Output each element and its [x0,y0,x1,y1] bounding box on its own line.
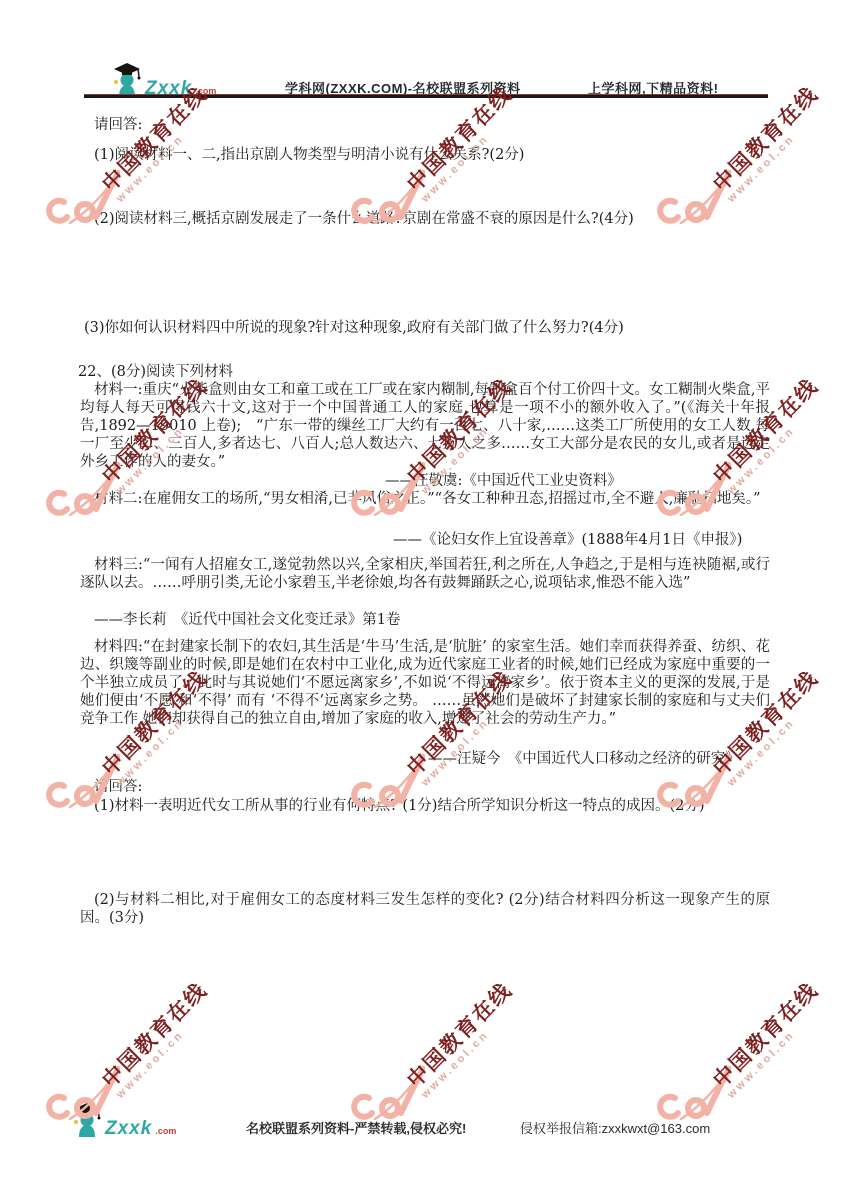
q22-prompt: 请回答: [94,778,142,796]
watermark-text: 中国教育在线 [709,82,823,196]
graduate-mascot-icon [112,60,142,98]
q21-item-3: (3)你如何认识材料四中所说的现象?针对这种现象,政府有关部门做了什么努力?(4… [84,319,624,337]
q21-item-2: (2)阅读材料三,概括京剧发展走了一条什么道路?京剧在常盛不衰的原因是什么?(4… [94,210,634,228]
watermark-text: 中国教育在线 [98,978,212,1092]
header-rule [84,94,768,98]
watermark-unit: 中国教育在线 www.eol.cn [347,10,592,235]
watermark-url: www.eol.cn [419,995,525,1101]
watermark-unit: 中国教育在线 www.eol.cn [653,10,850,235]
q21-prompt: 请回答: [94,116,142,134]
watermark-url: www.eol.cn [114,995,220,1101]
footer-notice: 名校联盟系列资料-严禁转载,侵权必究! [246,1118,466,1137]
eol-swirl-icon [653,166,731,224]
q22-material-3: 材料三:“一闻有人招雇女工,遂觉勃然以兴,全家相庆,举国若狂,利之所在,人争趋之… [80,556,770,592]
footer-report-email: 侵权举报信箱:zxxkwxt@163.com [520,1118,710,1137]
watermark-text: 中国教育在线 [98,82,212,196]
watermark-unit: 中国教育在线 www.eol.cn [653,906,850,1131]
q22-citation-1: ——汪敬虞:《中国近代工业史资料》 [385,472,622,490]
q21-item-1: (1)阅读材料一、二,指出京剧人物类型与明清小说有什么关系?(2分) [94,146,524,164]
q22-item-2: (2)与材料二相比,对于雇佣女工的态度材料三发生怎样的变化? (2分)结合材料四… [80,891,770,927]
brand-suffix: .com [155,1124,176,1138]
q22-material-2: 材料二:在雇佣女工的场所,“男女相淆,已非风俗之正。”“各女工种种丑态,招摇过市… [80,490,770,508]
q22-material-4: 材料四:“在封建家长制下的农妇,其生活是‘牛马’生活,是‘肮脏’ 的家室生活。她… [80,638,770,728]
graduate-mascot-icon [72,1100,102,1138]
watermark-text: 中国教育在线 [403,82,517,196]
eol-swirl-icon [653,1062,731,1120]
header-logo: Zxxk .com [112,60,216,98]
q22-citation-3: ——李长莉 《近代中国社会文化变迁录》第1卷 [94,611,400,629]
brand-text: Zxxk [105,1119,152,1138]
watermark-text: 中国教育在线 [403,978,517,1092]
q22-item-1: (1)材料一表明近代女工所从事的行业有何特点? (1分)结合所学知识分析这一特点… [94,797,705,815]
watermark-unit: 中国教育在线 www.eol.cn [347,906,592,1131]
watermark-url: www.eol.cn [725,99,831,205]
watermark-text: 中国教育在线 [709,978,823,1092]
watermark-layer: 中国教育在线 www.eol.cn 中国教育在线 www.eol.cn 中国教育… [0,0,850,1202]
watermark-unit: 中国教育在线 www.eol.cn [42,906,287,1131]
q22-citation-2: ——《论妇女作上宜设善章》(1888年4月1日《申报》) [393,531,742,549]
watermark-url: www.eol.cn [725,995,831,1101]
watermark-unit: 中国教育在线 www.eol.cn [42,10,287,235]
q22-citation-4: ——汪疑今 《中国近代人口移动之经济的研究》 [428,750,740,768]
q22-material-1: 材料一:重庆“火柴盒则由女工和童工或在工厂或在家内糊制,每制盒百个付工价四十文。… [80,381,770,471]
footer-logo: Zxxk .com [72,1100,176,1138]
eol-swirl-icon [347,1062,425,1120]
q22-heading: 22、(8分)阅读下列材料 [78,363,233,381]
scanned-exam-page: 中国教育在线 www.eol.cn 中国教育在线 www.eol.cn 中国教育… [0,0,850,1202]
